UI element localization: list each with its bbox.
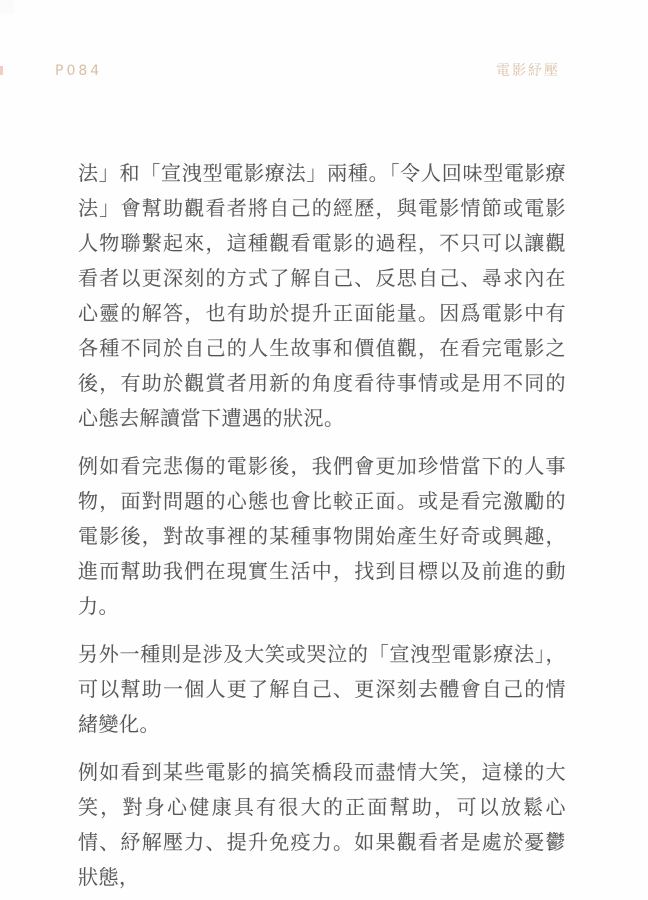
running-header: P084 電影紓壓 xyxy=(55,60,560,80)
paragraph-continuation: 法」和「宣洩型電影療法」兩種。「令人回味型電影療法」會幫助觀看者將自己的經歷，與… xyxy=(78,156,566,436)
book-page: P084 電影紓壓 法」和「宣洩型電影療法」兩種。「令人回味型電影療法」會幫助觀… xyxy=(0,0,648,900)
page-number: P084 xyxy=(55,63,102,79)
paragraph-example-sad-movies: 例如看完悲傷的電影後，我們會更加珍惜當下的人事物，面對問題的心態也會比較正面。或… xyxy=(78,449,566,624)
paragraph-example-laughter: 例如看到某些電影的搞笑橋段而盡情大笑，這樣的大笑，對身心健康具有很大的正面幫助，… xyxy=(78,755,566,895)
scan-artifact-mark xyxy=(0,66,3,75)
body-text: 法」和「宣洩型電影療法」兩種。「令人回味型電影療法」會幫助觀看者將自己的經歷，與… xyxy=(78,156,566,900)
chapter-title: 電影紓壓 xyxy=(496,60,560,80)
scan-corner-shade xyxy=(0,0,14,14)
paragraph-cathartic-therapy: 另外一種則是涉及大笑或哭泣的「宣洩型電影療法」，可以幫助一個人更了解自己、更深刻… xyxy=(78,637,566,742)
